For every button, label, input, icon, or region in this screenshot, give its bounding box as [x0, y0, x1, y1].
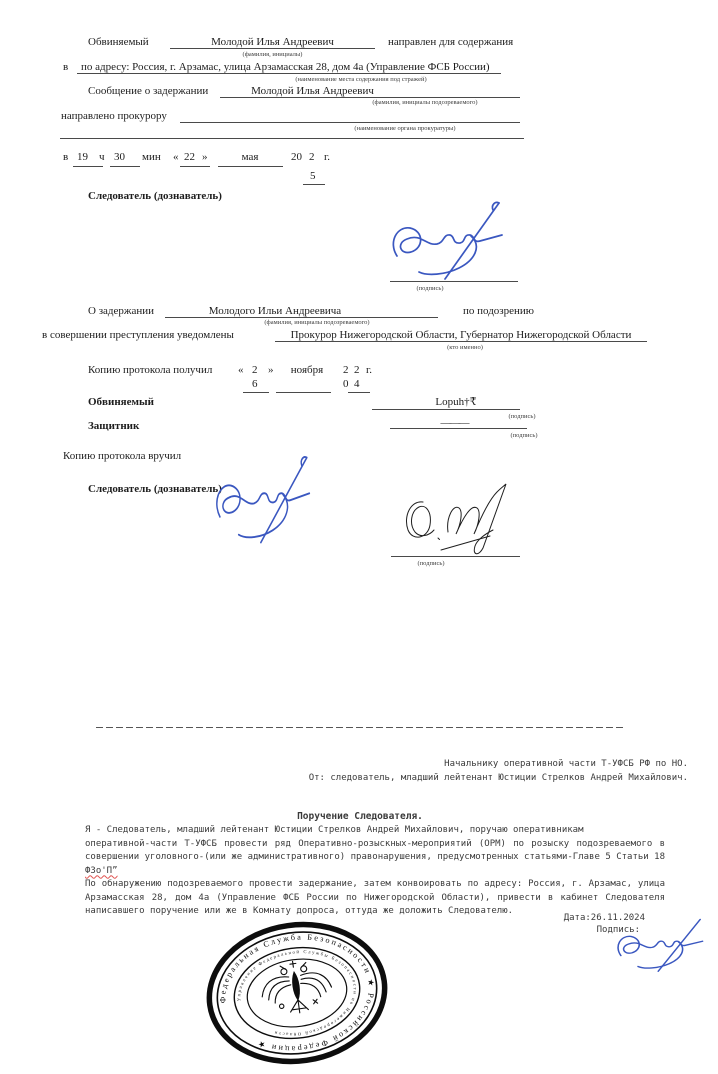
order-body-line: По обнаружению подозреваемого провести з… — [85, 878, 665, 892]
signature-hint-2: (подпись) — [467, 413, 577, 420]
sent-to-prosecutor-label: направлено прокурору — [61, 110, 167, 122]
order-body-line: совершении уголовного-(или же администра… — [85, 851, 665, 865]
prosecutor-org-hint: (наименование органа прокуратуры) — [265, 125, 545, 132]
year-unit: г. — [324, 151, 330, 163]
custody-address-underline — [77, 73, 501, 74]
suspect-initials-hint: (фамилия, инициалы подозреваемого) — [285, 99, 565, 106]
cr-month: ноября — [285, 364, 329, 376]
time-minutes-unit: мин — [142, 151, 161, 163]
month-underline — [218, 166, 283, 167]
time-at: в — [63, 151, 68, 163]
investigator-label: Следователь (дознаватель) — [88, 190, 222, 202]
recipient-signature-ink — [393, 480, 518, 560]
accused-label: Обвиняемый — [88, 36, 149, 48]
order-signature-ink — [610, 916, 715, 974]
signature-hint-1: (подпись) — [375, 285, 485, 292]
surname-initials-hint: (фамилия, инициалы) — [170, 51, 375, 58]
day-open-quote: « — [173, 151, 179, 163]
cr-year-unit: г. — [366, 364, 372, 376]
fsb-stamp-seal: Федеральная Служба Безопасности ★ Россий… — [202, 920, 392, 1066]
order-body-line-misspelled: ФЗо'П” — [85, 866, 118, 876]
addressee-line-2: От: следователь, младший лейтенант Юстиц… — [309, 772, 688, 786]
on-suspicion-text: по подозрению — [463, 305, 534, 317]
report-name-value: Молодой Илья Андреевич — [220, 85, 405, 97]
minutes-underline — [110, 166, 140, 167]
prosecutor-underline — [180, 122, 520, 123]
cr-day-bottom: 6 — [252, 378, 258, 390]
order-body-line: оперативной-части Т-УФСБ провести ряд Оп… — [85, 838, 665, 852]
about-detention-label: О задержании — [88, 305, 154, 317]
signature-hint-3: (подпись) — [469, 432, 579, 439]
detention-report-label: Сообщение о задержании — [88, 85, 208, 97]
accused-name-value: Молодой Илья Андреевич — [170, 36, 375, 48]
report-name-underline — [220, 97, 520, 98]
cr-close-quote: » — [268, 364, 274, 376]
copy-received-label: Копию протокола получил — [88, 364, 212, 376]
investigator2-label: Следователь (дознаватель) — [88, 483, 222, 495]
hours-underline — [73, 166, 103, 167]
accused-signature-text: Lopuh†₹ — [390, 396, 522, 408]
cr-year-d3: 0 — [343, 378, 349, 390]
order-body-line: Я - Следователь, младший лейтенант Юстиц… — [85, 824, 665, 838]
signature-line-4 — [391, 556, 520, 557]
day-value: 22 — [184, 151, 195, 163]
cr-month-underline — [276, 392, 331, 393]
accused-sign-label: Обвиняемый — [88, 396, 154, 408]
who-exactly-hint: (кто именно) — [350, 344, 580, 351]
custody-address-value: по адресу: Россия, г. Арзамас, улица Арз… — [81, 61, 490, 73]
cr-year-underline — [348, 392, 370, 393]
defender-sign-line — [390, 428, 527, 429]
order-section-divider — [96, 727, 624, 728]
order-title: Поручение Следователя. — [55, 810, 665, 824]
addressee-line-1: Начальнику оперативной части Т-УФСБ РФ п… — [309, 758, 688, 772]
defender-label: Защитник — [88, 420, 139, 432]
signature-hint-4: (подпись) — [376, 560, 486, 567]
signature-line-1 — [390, 281, 518, 282]
double-headed-eagle-emblem — [258, 956, 335, 1017]
notified-underline — [275, 341, 647, 342]
cr-year-d2: 2 — [354, 364, 360, 376]
accused-sign-line — [372, 409, 520, 410]
time-minutes: 30 — [114, 151, 125, 163]
month-value: мая — [230, 151, 270, 163]
day-close-quote: » — [202, 151, 208, 163]
cr-open-quote: « — [238, 364, 244, 376]
order-body-line: Арзамасская 28, дом 4а (Управление ФСБ Р… — [85, 892, 665, 906]
suspect-name-underline — [165, 317, 438, 318]
detention-protocol-document: Обвиняемый Молодой Илья Андреевич направ… — [0, 0, 718, 1074]
in-prefix: в — [63, 61, 68, 73]
custody-place-hint: (наименование места содержания под страж… — [221, 76, 501, 83]
accused-name-underline — [170, 48, 375, 49]
cr-day-top: 2 — [252, 364, 258, 376]
cr-year-d1: 2 — [343, 364, 349, 376]
year-digit-top: 2 — [309, 151, 315, 163]
cr-year-d4: 4 — [354, 378, 360, 390]
time-hours: 19 — [77, 151, 88, 163]
investigator-signature-ink-2 — [208, 452, 323, 547]
year-century: 20 — [291, 151, 302, 163]
section-divider-rule — [60, 138, 524, 139]
sent-for-custody-text: направлен для содержания — [388, 36, 513, 48]
notified-value: Прокурор Нижегородской Области, Губернат… — [275, 329, 647, 341]
investigator-signature-ink — [383, 198, 518, 283]
cr-day-underline — [243, 392, 269, 393]
suspect-name-gen-value: Молодого Ильи Андреевича — [165, 305, 385, 317]
addressee-block: Начальнику оперативной части Т-УФСБ РФ п… — [309, 758, 688, 785]
year-digit-bottom: 5 — [310, 170, 316, 182]
day-underline — [180, 166, 210, 167]
copy-handed-label: Копию протокола вручил — [63, 450, 181, 462]
notified-label: в совершении преступления уведомлены — [42, 329, 234, 341]
time-hours-unit: ч — [99, 151, 105, 163]
suspect-hint-2: (фамилия, инициалы подозреваемого) — [202, 319, 432, 326]
year-bottom-underline — [303, 184, 325, 185]
